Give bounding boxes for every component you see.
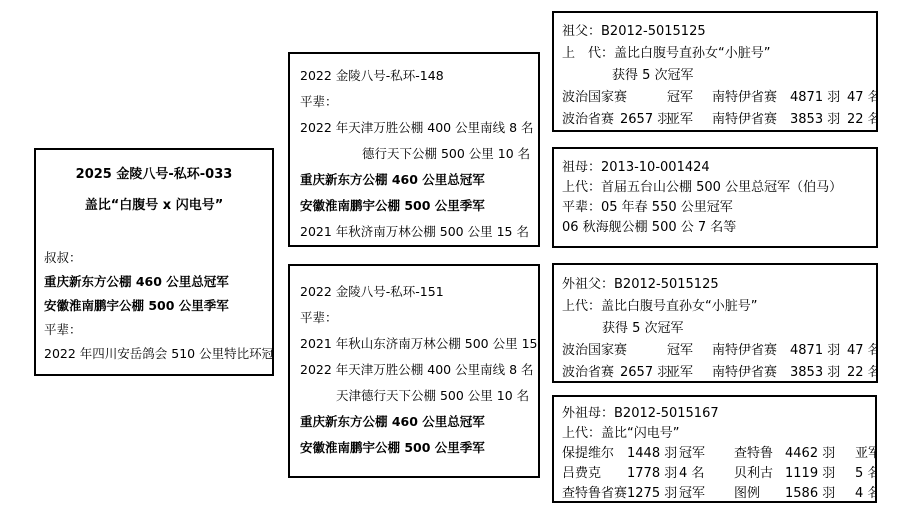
relation-label: 祖父： [562,24,601,39]
race-birds: 3853 羽 [790,109,847,131]
race-birds [620,87,667,109]
race-birds: 1275 羽 [627,484,679,503]
subject-box: 2025 金陵八号-私环-033 盖比“白腹号 x 闪电号” 叔叔： 重庆新东方… [34,148,274,376]
ancestry-text: 盖比“闪电号” [601,426,679,441]
result-line: 2022 年天津万胜公棚 400 公里南线 8 名 [300,115,528,141]
grandfather-box: 祖父：B2012-5015125 上 代：盖比白腹号直孙女“小脏号” 获得 5 … [552,11,878,132]
ring-number: B2012-5015125 [614,277,719,292]
ring-number: B2012-5015167 [614,406,719,421]
race-place: 47 名 [847,87,878,109]
result-line: 安徽淮南鹏宇公棚 500 公里季军 [300,193,528,219]
race-name: 南特伊省赛 [712,109,790,131]
ancestry-note: 获得 5 次冠军 [562,65,868,87]
result-line: 重庆新东方公棚 460 公里总冠军 [300,167,528,193]
race-place: 亚军 [667,109,712,131]
ring-number: 2013-10-001424 [601,160,710,175]
ancestry-label: 上代： [562,299,601,314]
spacer [44,187,264,194]
race-birds: 2657 羽 [620,109,667,131]
race-result-row: 波治国家赛冠军南特伊省赛4871 羽47 名 [562,340,868,362]
race-place: 22 名 [847,362,878,383]
race-name: 查特鲁省赛 [562,484,627,503]
race-place: 47 名 [847,340,878,362]
race-name: 南特伊省赛 [712,362,790,383]
maternal-grandfather-box: 外祖父：B2012-5015125 上代：盖比白腹号直孙女“小脏号” 获得 5 … [552,263,878,383]
ancestry-label: 上代： [562,426,601,441]
race-birds: 1119 羽 [785,464,855,484]
race-place: 亚军 [667,362,712,383]
race-result-row: 查特鲁省赛1275 羽冠军图例1586 羽4 名 [562,484,867,503]
race-name: 图例 [734,484,785,503]
maternal-grandmother-box: 外祖母：B2012-5015167 上代：盖比“闪电号” 保提维尔1448 羽冠… [552,395,877,503]
result-line: 德行天下公棚 500 公里 10 名 [300,141,528,167]
race-place: 冠军 [679,484,734,503]
ring-number: 2022 金陵八号-私环-148 [300,63,528,89]
ring-number: B2012-5015125 [601,24,706,39]
race-birds: 1778 羽 [627,464,679,484]
ring-number-line: 外祖母：B2012-5015167 [562,404,867,424]
race-name: 南特伊省赛 [712,87,790,109]
subject-pair-name: 盖比“白腹号 x 闪电号” [44,194,264,218]
result-line: 06 秋海舰公棚 500 公 7 名等 [562,218,868,238]
ancestry-text: 盖比白腹号直孙女“小脏号” [601,299,757,314]
ancestry-line: 上代：盖比“闪电号” [562,424,867,444]
race-name: 吕费克 [562,464,627,484]
race-name: 南特伊省赛 [712,340,790,362]
uncle-label: 叔叔： [44,246,264,270]
ancestry-line: 上 代：盖比白腹号直孙女“小脏号” [562,43,868,65]
grandmother-box: 祖母：2013-10-001424 上代：首届五台山公棚 500 公里总冠军（伯… [552,147,878,248]
ring-number: 2022 金陵八号-私环-151 [300,279,528,305]
ring-number-line: 祖母：2013-10-001424 [562,158,868,178]
race-result-row: 波治省赛2657 羽亚军南特伊省赛3853 羽22 名 [562,362,868,383]
race-birds: 4871 羽 [790,87,847,109]
ancestry-line: 上代：首届五台山公棚 500 公里总冠军（伯马） [562,178,868,198]
result-line: 安徽淮南鹏宇公棚 500 公里季军 [300,435,528,461]
race-place: 22 名 [847,109,878,131]
ring-number-line: 外祖父：B2012-5015125 [562,274,868,296]
race-name: 保提维尔 [562,444,627,464]
result-line: 2022 年天津万胜公棚 400 公里南线 8 名 [300,357,528,383]
ancestry-label: 上 代： [562,46,614,61]
sibling-label: 平辈： [44,318,264,342]
race-birds: 4871 羽 [790,340,847,362]
relation-label: 祖母： [562,160,601,175]
race-name: 查特鲁 [734,444,785,464]
spacer [44,218,264,246]
ancestry-line: 上代：盖比白腹号直孙女“小脏号” [562,296,868,318]
race-name: 波治省赛 [562,109,620,131]
race-birds: 1448 羽 [627,444,679,464]
race-place: 冠军 [679,444,734,464]
race-place: 冠军 [667,340,712,362]
race-name: 波治国家赛 [562,340,620,362]
result-line: 重庆新东方公棚 460 公里总冠军 [300,409,528,435]
sibling-line: 平辈：05 年春 550 公里冠军 [562,198,868,218]
result-line: 天津德行天下公棚 500 公里 10 名 [300,383,528,409]
race-birds: 2657 羽 [620,362,667,383]
ring-number-line: 祖父：B2012-5015125 [562,21,868,43]
race-result-row: 波治国家赛冠军南特伊省赛4871 羽47 名 [562,87,868,109]
race-birds: 3853 羽 [790,362,847,383]
race-place: 4 名 [855,484,877,503]
ancestry-text: 盖比白腹号直孙女“小脏号” [614,46,770,61]
race-place: 4 名 [679,464,734,484]
race-place: 亚军 [855,444,877,464]
sibling-label: 平辈： [300,89,528,115]
uncle-result-line: 重庆新东方公棚 460 公里总冠军 [44,270,264,294]
race-name: 波治国家赛 [562,87,620,109]
sibling-label: 平辈： [300,305,528,331]
mother-box: 2022 金陵八号-私环-151 平辈： 2021 年秋山东济南万林公棚 500… [288,264,540,478]
race-birds [620,340,667,362]
sibling-result-line: 2022 年四川安岳鸽会 510 公里特比环冠军 [44,342,264,366]
race-result-row: 吕费克1778 羽4 名贝利古1119 羽5 名 [562,464,867,484]
race-place: 冠军 [667,87,712,109]
race-result-row: 波治省赛2657 羽亚军南特伊省赛3853 羽22 名 [562,109,868,131]
race-name: 贝利古 [734,464,785,484]
ancestry-note: 获得 5 次冠军 [562,318,868,340]
relation-label: 外祖母： [562,406,614,421]
result-line: 2021 年秋济南万林公棚 500 公里 15 名 [300,219,528,245]
pedigree-chart: 2025 金陵八号-私环-033 盖比“白腹号 x 闪电号” 叔叔： 重庆新东方… [0,0,922,508]
relation-label: 外祖父： [562,277,614,292]
race-result-row: 保提维尔1448 羽冠军查特鲁4462 羽亚军 [562,444,867,464]
race-place: 5 名 [855,464,877,484]
uncle-result-line: 安徽淮南鹏宇公棚 500 公里季军 [44,294,264,318]
father-box: 2022 金陵八号-私环-148 平辈： 2022 年天津万胜公棚 400 公里… [288,52,540,247]
race-name: 波治省赛 [562,362,620,383]
race-birds: 4462 羽 [785,444,855,464]
result-line: 2021 年秋山东济南万林公棚 500 公里 15 名 [300,331,528,357]
subject-ring-number: 2025 金陵八号-私环-033 [44,163,264,187]
race-birds: 1586 羽 [785,484,855,503]
